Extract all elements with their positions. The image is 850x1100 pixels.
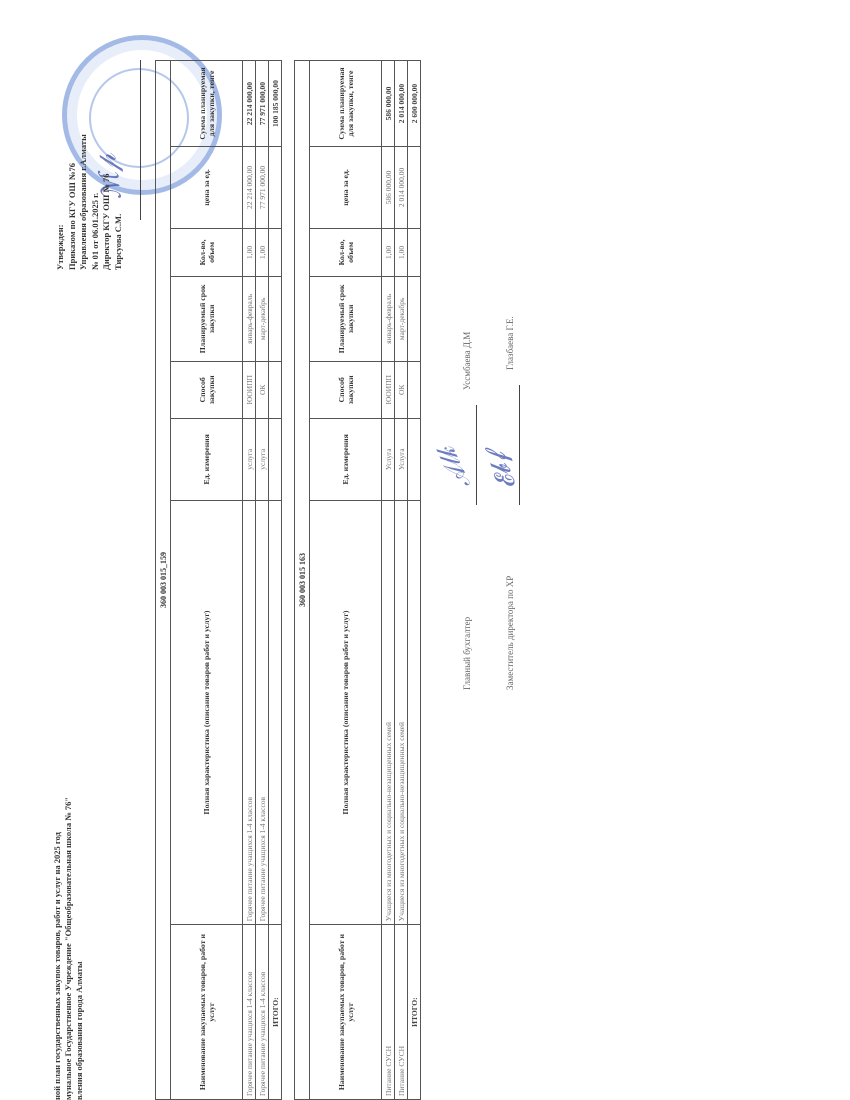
col-header: Наименование закупаемых товаров, работ и… [171,925,243,1100]
col-header: Планируемый срок закупки [171,276,243,361]
cell-sum: 22 214 000,00 [243,61,256,147]
cell-unit: услуга [243,418,256,500]
total-label: ИТОГО: [408,925,421,1100]
approval-line: Директор КГУ ОШ № 76 [101,90,113,270]
cell-description: Горячее питание учащихся 1-4 классов [256,500,269,924]
col-header: Наименование закупаемых товаров, работ и… [310,925,382,1100]
total-label: ИТОГО: [269,925,282,1100]
signature-role: Заместитель директора по ХР [505,576,515,690]
total-row: ИТОГО: 2 600 000,00 [408,61,421,1100]
col-header: Способ закупки [310,361,382,418]
approval-block: Утвержден: Приказом по КГУ ОШ №76 Управл… [55,90,124,270]
cell-unit-price: 77 971 000,00 [256,147,269,229]
procurement-table-1: 360 003 015_159 Наименование закупаемых … [155,60,282,1100]
budget-code: 360 003 015 163 [295,61,310,1100]
col-header: Сумма планируемая для закупки, тенге [171,61,243,147]
col-header: Полная характеристика (описание товаров … [171,500,243,924]
cell-unit: услуга [256,418,269,500]
cell-name: Горячее питание учащихся 1-4 классов [243,925,256,1100]
cell-description: Горячее питание учащихся 1-4 классов [243,500,256,924]
cell-unit: Услуга [395,418,408,500]
approval-line: Приказом по КГУ ОШ №76 [67,90,79,270]
accountant-signature: 𝒜𝓁𝓀 [432,443,476,494]
cell-method: ЮОИПП [382,361,395,418]
budget-code: 360 003 015_159 [156,61,171,1100]
col-header: цена за ед. [171,147,243,229]
cell-unit-price: 586 000,00 [382,147,395,229]
table-row: Горячее питание учащихся 1-4 классов Гор… [243,61,256,1100]
approval-line: Тирсуова С.М. [113,90,125,270]
col-header: Способ закупки [171,361,243,418]
signature-name: Глазбаева Г.Е. [505,316,515,370]
col-header: Планируемый срок закупки [310,276,382,361]
cell-unit-price: 2 014 000,00 [395,147,408,229]
approval-line: № 01 от 06.01.2025 г. [90,90,102,270]
cell-name: Питание СУСН [395,925,408,1100]
table-row: Горячее питание учащихся 1-4 классов Гор… [256,61,269,1100]
cell-period: январь-февраль [382,276,395,361]
title-line: мунальное Государственное Учреждение "Об… [63,770,74,1100]
col-header: Полная характеристика (описание товаров … [310,500,382,924]
col-header: Ед. измерения [171,418,243,500]
cell-method: ОК [395,361,408,418]
table-row: Питание СУСН Учащиеся из многодетных и с… [382,61,395,1100]
approval-line: Утвержден: [55,90,67,270]
cell-sum: 586 000,00 [382,61,395,147]
cell-method: ЮОИПП [243,361,256,418]
total-value: 100 185 000,00 [269,61,282,147]
total-value: 2 600 000,00 [408,61,421,147]
procurement-table-2: 360 003 015 163 Наименование закупаемых … [294,60,421,1100]
signature-line [519,385,520,505]
signature-line [476,405,477,505]
cell-qty: 1,00 [382,228,395,276]
cell-period: январь-февраль [243,276,256,361]
document-title: ной план государственных закупок товаров… [52,770,85,1100]
cell-name: Горячее питание учащихся 1-4 классов [256,925,269,1100]
director-signature-line [140,60,141,220]
cell-qty: 1,00 [395,228,408,276]
col-header: Кол-во, объем [310,228,382,276]
cell-sum: 2 014 000,00 [395,61,408,147]
cell-sum: 77 971 000,00 [256,61,269,147]
cell-description: Учащиеся из многодетных и социально-неза… [395,500,408,924]
total-row: ИТОГО: 100 185 000,00 [269,61,282,1100]
cell-qty: 1,00 [243,228,256,276]
cell-qty: 1,00 [256,228,269,276]
cell-unit: Услуга [382,418,395,500]
cell-method: ОК [256,361,269,418]
signature-name: Уссмбаева Д.М [462,332,472,390]
title-line: ной план государственных закупок товаров… [52,770,63,1100]
col-header: Сумма планируемая для закупки, тенге [310,61,382,147]
table-row: Питание СУСН Учащиеся из многодетных и с… [395,61,408,1100]
col-header: цена за ед. [310,147,382,229]
title-line: вления образования города Алматы [74,770,85,1100]
deputy-signature: 𝓔𝓫𝓯 [482,448,521,493]
cell-description: Учащиеся из многодетных и социально-неза… [382,500,395,924]
document-page: ной план государственных закупок товаров… [0,0,850,1100]
col-header: Кол-во, объем [171,228,243,276]
cell-name: Питание СУСН [382,925,395,1100]
signature-role: Главный бухгалтер [462,617,472,690]
cell-period: март-декабрь [256,276,269,361]
approval-line: Управления образования г.Алматы [78,90,90,270]
cell-period: март-декабрь [395,276,408,361]
col-header: Ед. измерения [310,418,382,500]
cell-unit-price: 22 214 000,00 [243,147,256,229]
